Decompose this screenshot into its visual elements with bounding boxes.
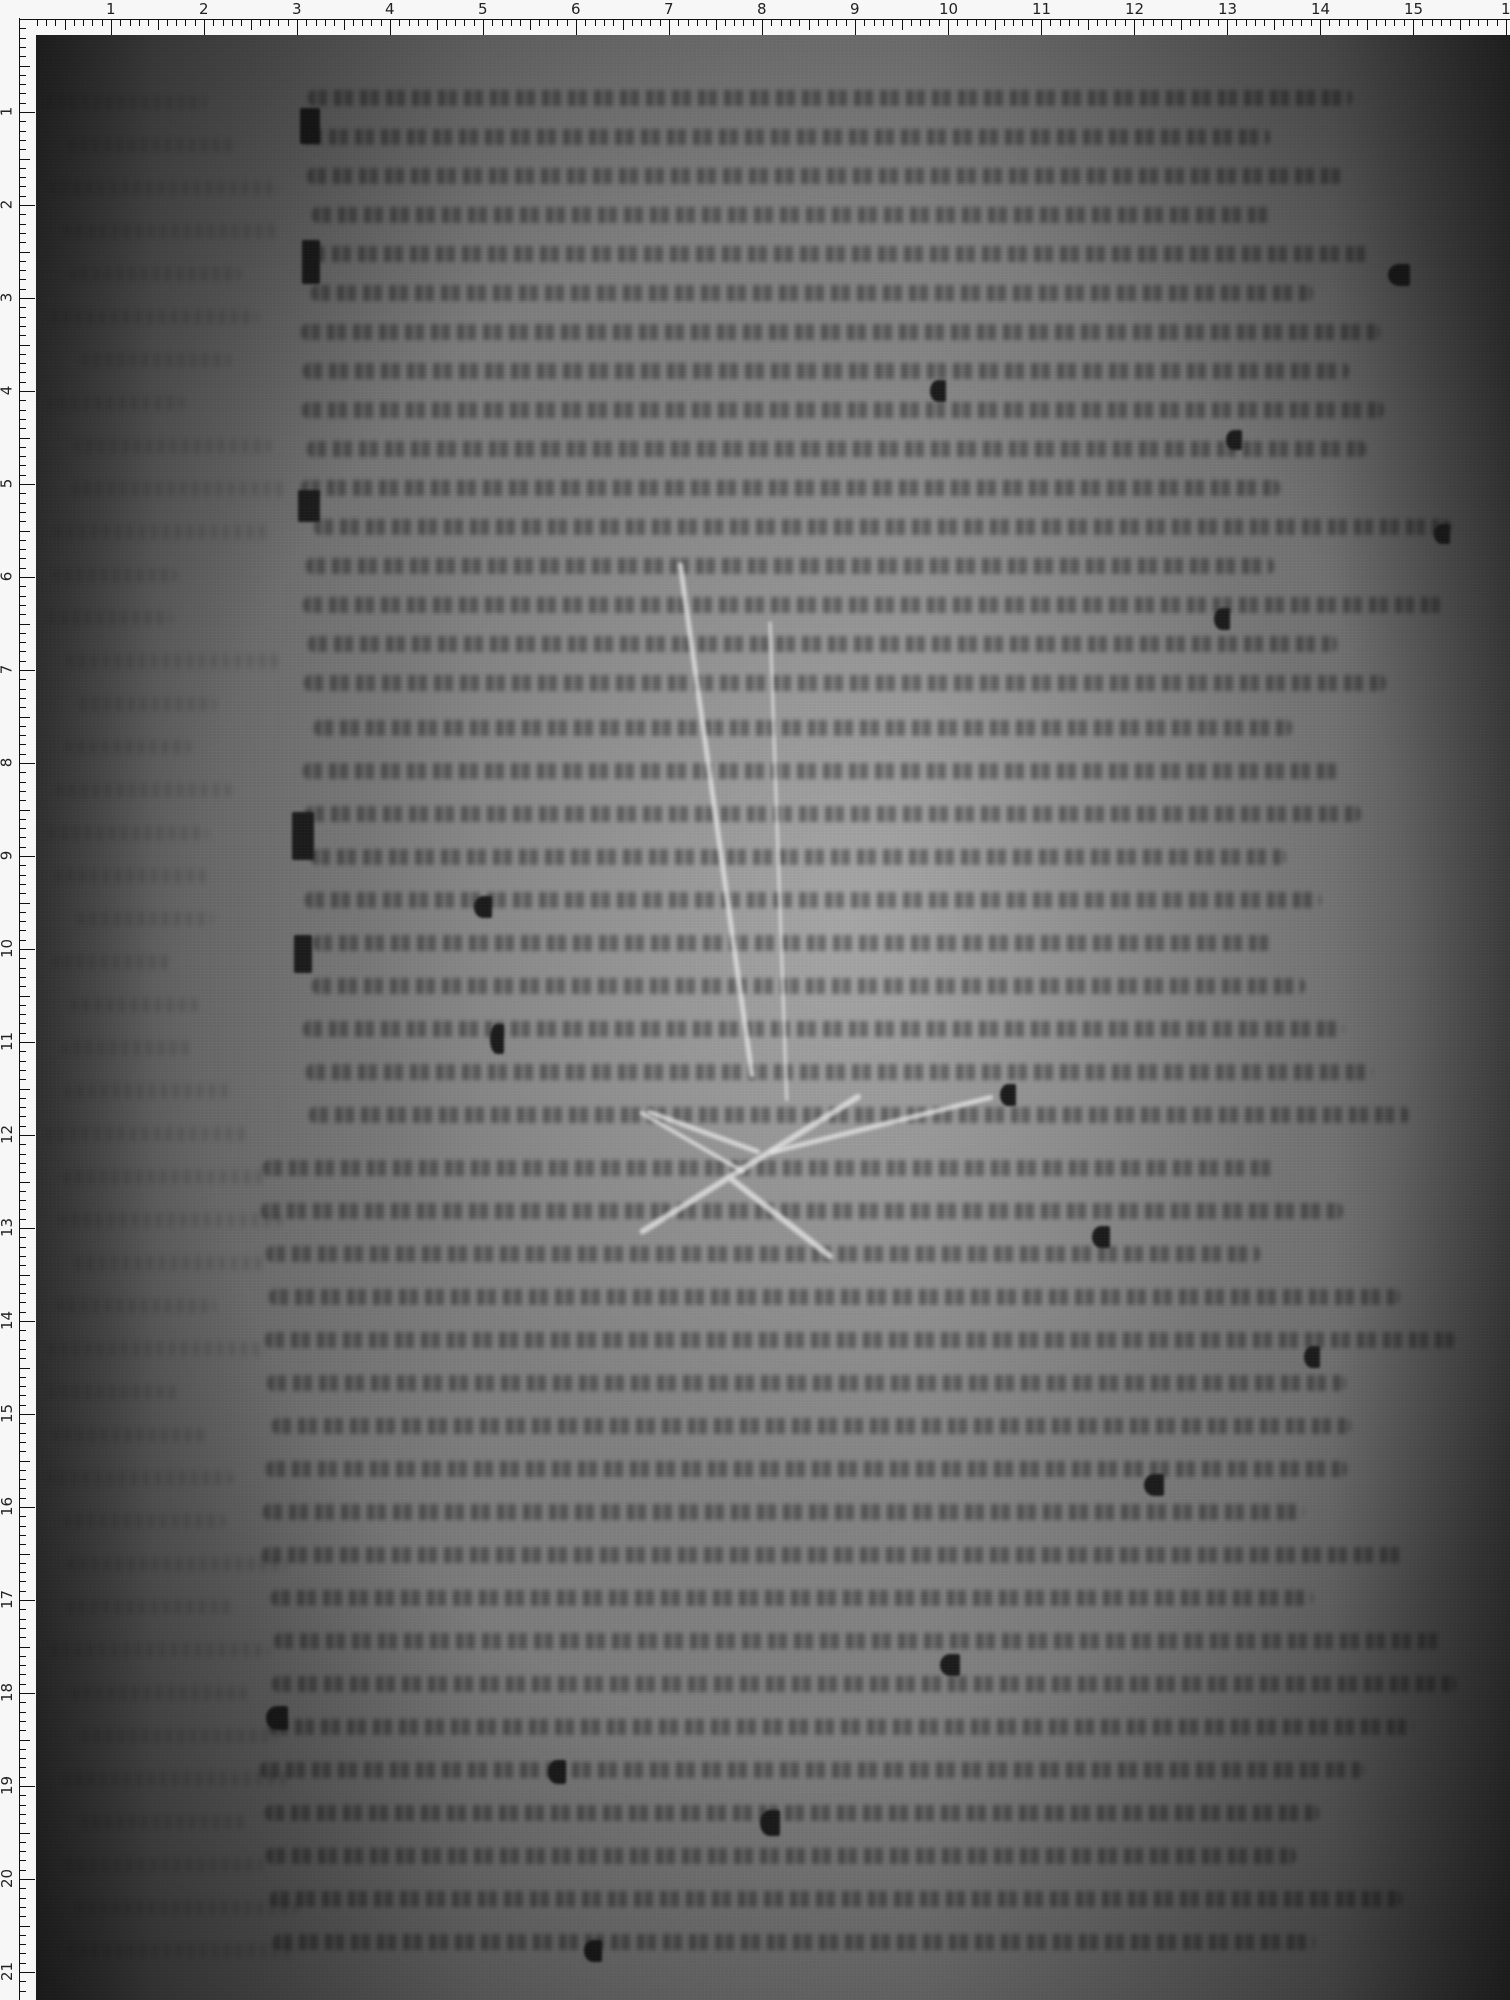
ruler-tick [19,1916,26,1917]
ruler-tick [19,1284,26,1285]
ruler-tick [19,326,26,327]
ruler-label: 5 [0,479,14,489]
ruler-tick [19,1600,35,1601]
ruler-tick [19,726,26,727]
ruler-tick [1357,19,1358,26]
ruler-tick [19,1144,26,1145]
ruler-tick [19,1712,26,1713]
ruler-tick [632,19,633,26]
ruler-tick [19,810,30,811]
ruler-tick [19,345,30,346]
ruler-tick [19,512,26,513]
ruler-tick [19,1461,30,1462]
ruler-tick [19,131,26,132]
ruler-tick [19,66,30,67]
ruler-tick [753,19,754,26]
ruler-label: 20 [0,1869,15,1888]
ruler-label: 11 [0,1032,15,1051]
ruler-tick [19,661,26,662]
ruler-tick [19,475,26,476]
ruler-tick [446,19,447,26]
ruler-tick [297,19,298,35]
ruler-tick [1190,19,1191,26]
ruler-tick [19,382,26,383]
ruler-label: 1 [0,107,14,117]
ruler-tick [19,1014,26,1015]
ruler-tick [1367,19,1368,30]
ruler-tick [19,335,26,336]
ruler-tick [19,1154,26,1155]
ruler-tick [883,19,884,26]
ruler-tick [19,717,30,718]
ruler-tick [19,372,26,373]
ruler-tick [195,19,196,26]
ruler-tick [19,633,26,634]
ruler-tick [492,19,493,26]
ruler-tick [706,19,707,26]
ruler-tick [920,19,921,26]
ruler-tick [1497,19,1498,26]
ruler-tick [613,19,614,26]
ruler-tick [19,568,26,569]
ruler-tick [19,1619,26,1620]
ruler-tick [19,940,26,941]
ruler-tick [19,949,35,950]
ruler-tick [19,958,26,959]
ruler-tick [19,837,26,838]
ruler-tick [19,1823,26,1824]
ruler-tick [371,19,372,26]
ruler-tick [37,19,38,26]
ruler-tick [19,1209,26,1210]
ruler-tick [120,19,121,26]
ruler-tick [19,1023,26,1024]
ruler-tick [19,1953,26,1954]
ruler-tick [530,19,531,30]
ruler-tick [19,1479,26,1480]
ruler-tick [19,1814,26,1815]
ruler-tick [929,19,930,26]
ruler-tick [1422,19,1423,26]
ruler-tick [641,19,642,26]
ruler-tick [19,921,26,922]
ruler-tick [660,19,661,26]
ruler-tick [790,19,791,26]
ruler-tick [19,521,26,522]
ruler-tick [455,19,456,26]
ruler-tick [19,1684,26,1685]
ruler-tick [19,1591,26,1592]
ruler-tick [19,586,26,587]
ruler-tick [1329,19,1330,26]
ruler-tick [316,19,317,26]
ruler-tick [1078,19,1079,26]
ruler-tick [167,19,168,26]
ruler-tick [19,1172,26,1173]
left-ruler: 123456789101112131415161718192021 [0,0,35,2000]
ruler-tick [19,1730,26,1731]
ruler-tick [1227,19,1228,35]
ruler-tick [19,986,26,987]
ruler-label: 5 [478,2,488,17]
ruler-tick [19,121,26,122]
ruler-tick [185,19,186,26]
ruler-tick [19,1228,35,1229]
ruler-label: 8 [0,758,14,768]
ruler-tick [1385,19,1386,26]
ruler-tick [855,19,856,35]
ruler-label: 7 [0,665,14,675]
ruler-label: 6 [0,572,14,582]
ruler-tick [241,19,242,26]
ruler-tick [1469,19,1470,26]
ruler-label: 19 [0,1776,15,1795]
ruler-tick [19,977,26,978]
ruler-tick [1097,19,1098,26]
ruler-tick [381,19,382,26]
ruler-tick [1069,19,1070,26]
ruler-tick [650,19,651,26]
ruler-tick [19,252,30,253]
ruler-tick [19,1991,26,1992]
ruler-tick [306,19,307,26]
ruler-tick [288,19,289,26]
ruler-tick [19,1237,26,1238]
ruler-tick [19,419,26,420]
ruler-tick [19,819,26,820]
ruler-tick [19,1182,30,1183]
ruler-tick [19,1777,26,1778]
ruler-tick [19,1563,26,1564]
ruler-tick [688,19,689,26]
ruler-tick [511,19,512,26]
ruler-tick [19,159,30,160]
ruler-tick [139,19,140,26]
ruler-tick [19,679,26,680]
ruler-tick [19,651,26,652]
ruler-tick [19,1507,35,1508]
ruler-tick [204,19,205,35]
ruler-tick [1478,19,1479,26]
ruler-tick [1506,19,1507,35]
ruler-tick [176,19,177,26]
ruler-tick [130,19,131,26]
ruler-tick [19,1116,26,1117]
ruler-tick [19,438,30,439]
ruler-tick [19,140,26,141]
ruler-tick [19,1470,26,1471]
ruler-tick [19,1981,26,1982]
ruler-tick [344,19,345,30]
ruler-tick [995,19,996,30]
ruler-tick [948,19,949,35]
ruler-tick [19,1488,26,1489]
ruler-tick [19,1674,26,1675]
ruler-tick [19,1191,26,1192]
ruler-tick [19,1702,26,1703]
ruler-tick [19,856,35,857]
ruler-tick [19,1200,26,1201]
ruler-tick [19,1647,30,1648]
ruler-tick [19,363,26,364]
ruler-tick [19,1126,26,1127]
ruler-tick [19,1386,26,1387]
ruler-tick [19,744,26,745]
ruler-tick [19,1442,26,1443]
ruler-tick [19,558,26,559]
ruler-tick [437,19,438,30]
ruler-tick [678,19,679,26]
ruler-tick [19,1042,35,1043]
ruler-tick [1125,19,1126,26]
ruler-tick [557,19,558,26]
ruler-tick [399,19,400,26]
ruler-tick [1088,19,1089,30]
ruler-tick [19,289,26,290]
ruler-tick [19,1581,26,1582]
ruler-tick [19,577,35,578]
ruler-tick [19,465,26,466]
ruler-tick [827,19,828,26]
ruler-tick [762,19,763,35]
ruler-label: 16 [0,1497,15,1516]
ruler-tick [19,772,26,773]
ruler-tick [19,1358,26,1359]
ruler-tick [55,19,56,26]
ruler-tick [19,456,26,457]
ruler-tick [1441,19,1442,26]
ruler-label: 9 [0,851,14,861]
ruler-tick [19,1805,26,1806]
ruler-tick [19,1833,30,1834]
ruler-tick [19,1451,26,1452]
ruler-tick [1460,19,1461,30]
ruler-tick [669,19,670,35]
ruler-tick [902,19,903,30]
ruler-tick [19,279,26,280]
ruler-tick [595,19,596,26]
ruler-tick [19,865,26,866]
ruler-tick [1320,19,1321,35]
ruler-tick [19,1526,26,1527]
ruler-tick [985,19,986,26]
ruler-label: 2 [199,2,209,17]
ruler-tick [1004,19,1005,26]
ruler-tick [19,1321,35,1322]
ruler-tick [102,19,103,26]
ruler-tick [19,912,26,913]
ruler-tick [19,1758,26,1759]
ruler-tick [19,484,35,485]
ruler-tick [576,19,577,35]
ruler-label: 1 [1501,2,1510,17]
ruler-tick [799,19,800,26]
ruler-label: 21 [0,1962,15,1981]
ruler-tick [585,19,586,26]
ruler-tick [19,205,35,206]
ruler-tick [19,177,26,178]
ruler-tick [19,1498,26,1499]
ruler-tick [19,1219,26,1220]
ruler-tick [19,1033,26,1034]
ruler-tick [1264,19,1265,26]
ruler-tick [65,19,66,30]
ruler-tick [1115,19,1116,26]
ruler-tick [19,261,26,262]
ruler-tick [474,19,475,26]
ruler-tick [19,196,26,197]
ruler-tick [19,1051,26,1052]
ruler-tick [92,19,93,26]
ruler-tick [1255,19,1256,26]
ruler-tick [19,93,26,94]
ruler-tick [1283,19,1284,26]
ruler-tick [1022,19,1023,26]
ruler-tick [19,624,30,625]
ruler-label: 11 [1032,2,1051,17]
ruler-tick [19,447,26,448]
ruler-tick [19,242,26,243]
ruler-tick [19,800,26,801]
ruler-tick [427,19,428,26]
ruler-tick [19,1377,26,1378]
ruler-tick [19,400,26,401]
ruler-tick [604,19,605,26]
ruler-tick [19,1898,26,1899]
ruler-tick [19,1795,26,1796]
ruler-tick [19,1107,26,1108]
ruler-tick [19,56,26,57]
ruler-tick [19,28,26,29]
ruler-tick [418,19,419,26]
ruler-tick [539,19,540,26]
ruler-tick [74,19,75,26]
ruler-tick [19,531,30,532]
ruler-tick [19,493,26,494]
ruler-tick [1208,19,1209,26]
ruler-tick [1301,19,1302,26]
ruler-tick [19,270,26,271]
ruler-tick [19,307,26,308]
ruler-tick [19,1395,26,1396]
ruler-tick [19,1767,26,1768]
ruler-tick [223,19,224,26]
ruler-tick [19,1637,26,1638]
ruler-tick [1143,19,1144,26]
ruler-tick [1171,19,1172,26]
ruler-tick [19,1786,35,1787]
ruler-label: 13 [1218,2,1237,17]
ruler-tick [967,19,968,26]
ruler-tick [864,19,865,26]
ruler-tick [19,1349,26,1350]
ruler-tick [362,19,363,26]
ruler-label: 18 [0,1683,15,1702]
ruler-tick [1292,19,1293,26]
ruler-tick [1339,19,1340,26]
ruler-tick [19,503,26,504]
ruler-tick [1218,19,1219,26]
ruler-tick [19,968,26,969]
ruler-tick [19,391,35,392]
ruler-tick [1153,19,1154,26]
ruler-label: 7 [664,2,674,17]
manuscript-scan [36,35,1510,2000]
ruler-tick [809,19,810,30]
ruler-tick [19,884,26,885]
ruler-tick [483,19,484,35]
ruler-tick [19,1405,26,1406]
ruler-tick [1060,19,1061,26]
ruler-tick [19,791,26,792]
ruler-tick [19,596,26,597]
ruler-tick [939,19,940,26]
ruler-tick [19,1079,26,1080]
ruler-tick [19,754,26,755]
ruler-tick [19,1609,26,1610]
ruler-tick [697,19,698,26]
ruler-tick [19,1061,26,1062]
ruler-tick [19,1256,26,1257]
ruler-tick [46,19,47,26]
top-ruler: 01234567891011121314151 [0,0,1510,35]
ruler-tick [836,19,837,26]
ruler-tick [19,317,26,318]
ruler-label: 1 [106,2,116,17]
ruler-tick [911,19,912,26]
ruler-tick [1041,19,1042,35]
ruler-tick [19,1693,35,1694]
ruler-tick [19,1656,26,1657]
ruler-tick [19,1888,26,1889]
ruler-tick [19,1005,26,1006]
ruler-tick [19,410,26,411]
ruler-tick [19,893,26,894]
ruler-tick [334,19,335,26]
ruler-tick [725,19,726,26]
ruler-tick [19,1572,26,1573]
ruler-tick [623,19,624,30]
ruler-tick [567,19,568,26]
ruler-label: 3 [0,293,14,303]
ruler-tick [19,1247,26,1248]
ruler-tick [19,233,26,234]
ruler-tick [19,186,26,187]
ruler-tick [19,149,26,150]
ruler-tick [1432,19,1433,26]
ruler-label: 10 [0,939,15,958]
ruler-label: 4 [385,2,395,17]
ruler-tick [83,19,84,26]
ruler-tick [19,112,35,113]
ruler-tick [1032,19,1033,26]
ruler-tick [976,19,977,26]
ruler-tick [269,19,270,26]
ruler-tick [19,698,26,699]
ruler-tick [19,1265,26,1266]
ruler-tick [19,84,26,85]
ruler-tick [19,614,26,615]
ruler-tick [19,1535,26,1536]
ruler-tick [1050,19,1051,26]
ruler-tick [409,19,410,26]
ruler-tick [19,1944,26,1945]
ruler-tick [19,38,26,39]
ruler-label: 14 [1311,2,1330,17]
ruler-tick [874,19,875,26]
ruler-tick [19,1842,26,1843]
ruler-tick [19,1926,30,1927]
